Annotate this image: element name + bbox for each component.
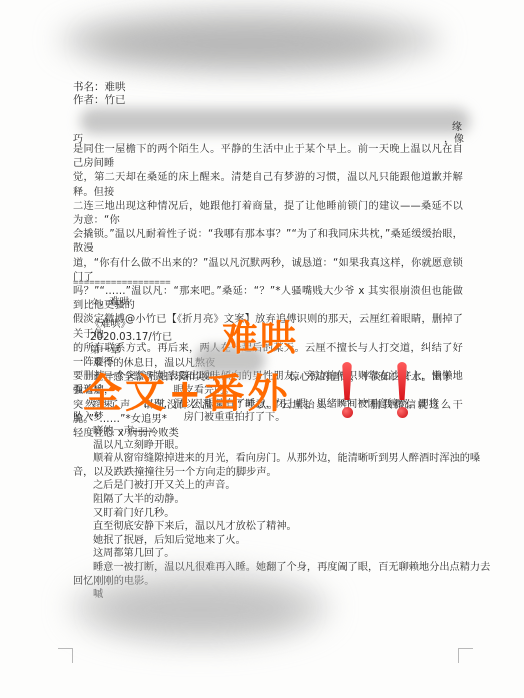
work-title: 《难哄》 xyxy=(90,318,131,332)
body-line: 回忆刚刚的电影。 xyxy=(73,575,465,589)
body-line: 温以凡立刻睁开眼。 xyxy=(73,439,465,453)
body-line: 之后是门被打开又关上的声音。 xyxy=(73,479,465,493)
book-name: 书名：难哄 xyxy=(73,81,126,94)
overlay-title: 难哄 xyxy=(222,310,298,361)
separator-line: ================== xyxy=(73,278,171,288)
body-line: 又盯着门好几秒。 xyxy=(73,507,465,521)
body-line: 直至彻底安静下来后，温以凡才放松了精神。 xyxy=(73,520,465,534)
body-line: 这周都第几回了。 xyxy=(73,547,465,561)
body-line: 她抿了抿唇，后知后觉地来了火。 xyxy=(73,534,465,548)
section-heading: ☆、难哄 xyxy=(90,296,130,310)
body-line: 顺着从窗帘缝隙掉进来的月光，看向房门。从那外边，能清晰听到男人醉酒时浑浊的嗓 xyxy=(73,452,465,466)
body-line: 音，以及跌跌撞撞往另一个方向走的脚步声。 xyxy=(73,466,465,480)
overlay-subtitle: 全文+番外 xyxy=(82,362,291,419)
author-name: 作者：竹已 xyxy=(73,94,126,107)
page-corner-mark-right xyxy=(458,648,473,663)
synopsis-line: 二连三地出现这种情况后，她跟他打着商量，提了让他睡前锁门的建议——桑延不以为意：… xyxy=(73,200,463,228)
blur-redaction-synopsis xyxy=(80,108,470,134)
date-author: 2020.03.17/竹已 xyxy=(90,331,172,345)
body-line: 阻隔了大半的动静。 xyxy=(73,493,465,507)
document-page: 书名：难哄 作者：竹已 缘 巧 ，像 是同住一屋檐下的两个陌生人。平静的生活中止… xyxy=(0,0,524,698)
body-line: 睡意一被打断，温以凡很难再入睡。她翻了个身，再度阖了眼，百无聊赖地分出点精力去 xyxy=(73,561,465,575)
page-corner-mark-left xyxy=(58,648,73,663)
synopsis-line: 是同住一屋檐下的两个陌生人。平静的生活中止于某个早上。前一天晚上温以凡在自己房间… xyxy=(73,143,463,171)
body-line: 嘭的一声—— xyxy=(73,425,465,439)
synopsis-line: 会撬锁。”温以凡耐着性子说：“我哪有那本事？”“为了和我同床共枕，”桑延缓缓抬眼… xyxy=(73,228,463,256)
body-line: 嘁 xyxy=(73,588,465,602)
chapter-title: 第一章 xyxy=(90,344,121,358)
exclamation-icon xyxy=(341,362,353,420)
synopsis-line: 觉，第二天却在桑延的床上醒来。清楚自己有梦游的习惯，温以凡只能跟他道歉并解释。但… xyxy=(73,171,463,199)
blur-redaction-top-2 xyxy=(90,25,390,65)
exclamation-icon xyxy=(396,362,408,420)
blur-redaction-top xyxy=(60,10,440,70)
